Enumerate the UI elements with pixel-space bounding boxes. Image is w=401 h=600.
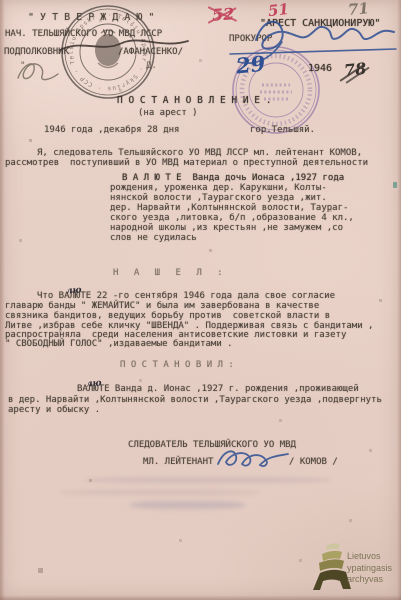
archive-logo-text: Lietuvos ypatingasis archyvas (347, 551, 392, 586)
body-line: Я, следователь Тельшяйского УО МВД ЛССР … (37, 148, 362, 158)
bleed-through-smudge (130, 501, 245, 509)
stamp-emblem (95, 34, 121, 66)
bleed-through-smudge (60, 490, 260, 495)
body-line: ВАЛЮТЕ Ванда д. Ионас ,1927 г. рождения … (77, 384, 359, 394)
arrest-warrant-document: " У Т В Е Р Ж Д А Ю " НАЧ. ТЕЛЬШЯЙСКОГО … (0, 0, 401, 600)
paper-texture-specks (0, 0, 1, 1)
pencil-initials-squiggle (8, 52, 68, 88)
dateline-city: гор.Тельшяй. (250, 125, 315, 135)
subject-line: рождения, уроженка дер. Карукшни, Колты- (110, 183, 327, 193)
sanction-day-handwritten: 29 (235, 51, 267, 79)
round-stamp-black-icon: · Telšiu Apskr · Skyrius · ССР · Telšiu … (58, 3, 158, 101)
subject-line: народной школы ,из крестьян ,не замужем … (110, 223, 343, 233)
logo-line: archyvas (347, 574, 392, 586)
logo-line: Lietuvos (347, 551, 392, 563)
subject-line: дер. Нарвайти ,Колтынянской волости, Тау… (110, 203, 348, 213)
body-line: главарю банды " ЖЕМАЙТИС" и была им заве… (5, 301, 319, 311)
subject-line: В А Л Ю Т Е Ванда дочь Ионаса ,1927 года (122, 173, 344, 183)
sanction-year: 1946 (308, 64, 332, 74)
green-ink-speck (393, 182, 397, 188)
body-line: " СВОБОДНЫЙ ГОЛОС" ,издаваемые бандитами… (5, 339, 233, 349)
body-line: рассмотрев поступивший в УО МВД материал… (5, 158, 368, 168)
logo-line: ypatingasis (347, 563, 392, 575)
subject-line: нянской волости ,Таурагского уезда ,жит. (110, 193, 327, 203)
bleed-through-smudge (85, 477, 330, 483)
dateline-date: 1946 года ,декабря 28 дня (44, 125, 179, 135)
subject-line: ского уезда ,литовка, б/п ,образование 4… (110, 213, 354, 223)
document-subtitle: (на арест ) (138, 108, 198, 118)
resolved-heading: П О С Т А Н О В И Л : (120, 360, 234, 370)
document-title: П О С Т А Н О В Л Е Н И Е . (117, 96, 271, 106)
investigator-rank: МЛ. ЛЕЙТЕНАНТ (143, 457, 213, 467)
body-line: аресту и обыску . (8, 405, 100, 415)
handwritten-correction: лю (86, 378, 102, 389)
investigator-signature (212, 444, 297, 474)
body-line: связника бандитов, ведущих борьбу против… (5, 311, 330, 321)
found-heading: Н А Ш Е Л : (113, 268, 228, 278)
handwritten-correction: лю (66, 285, 82, 296)
subject-line: слов не судилась (110, 233, 197, 243)
body-line: в дер. Нарвайти ,Колтынянской волости ,Т… (8, 395, 382, 405)
